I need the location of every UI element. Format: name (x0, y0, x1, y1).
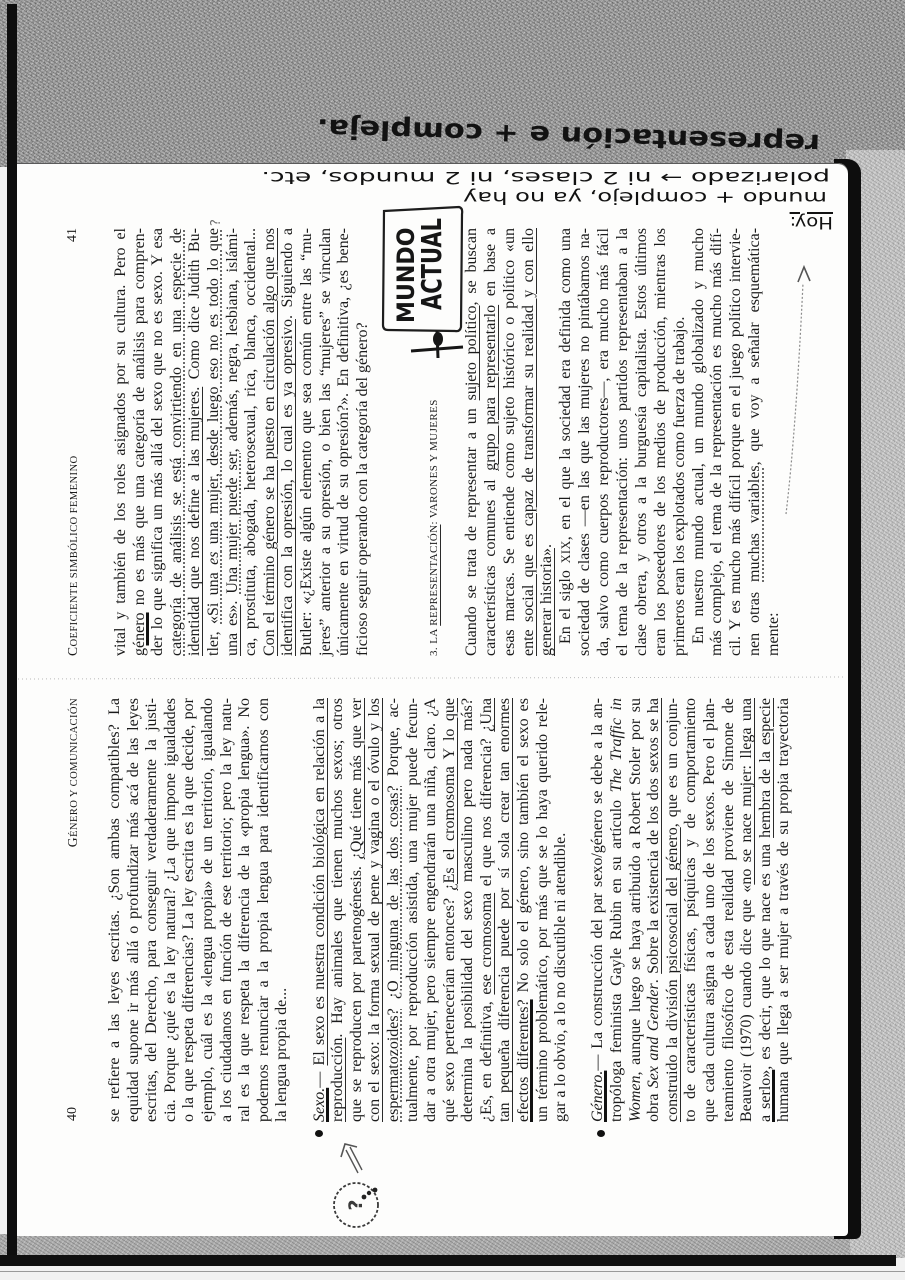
arrow-up-icon (798, 267, 810, 282)
note-line: representación e + compleja. (316, 111, 820, 157)
dot-icon (373, 1188, 378, 1193)
circled-question-mark: ? (341, 1190, 371, 1220)
note-line: polarizado → ni 2 clases, ni 2 mundos, e… (261, 166, 830, 186)
dotted-arrow-line (786, 283, 803, 514)
note-line: Hoy: (790, 211, 833, 231)
ink-blob-icon (433, 332, 443, 346)
bracket-bar-icon (411, 347, 463, 351)
book-gutter-line (18, 677, 846, 679)
handwritten-margin-note: Hoy: mundo + complejo, ya no hay polariz… (255, 100, 840, 235)
note-line: mundo + complejo, ya no hay (463, 186, 827, 206)
arrow-to-sexo-icon (346, 1147, 362, 1173)
